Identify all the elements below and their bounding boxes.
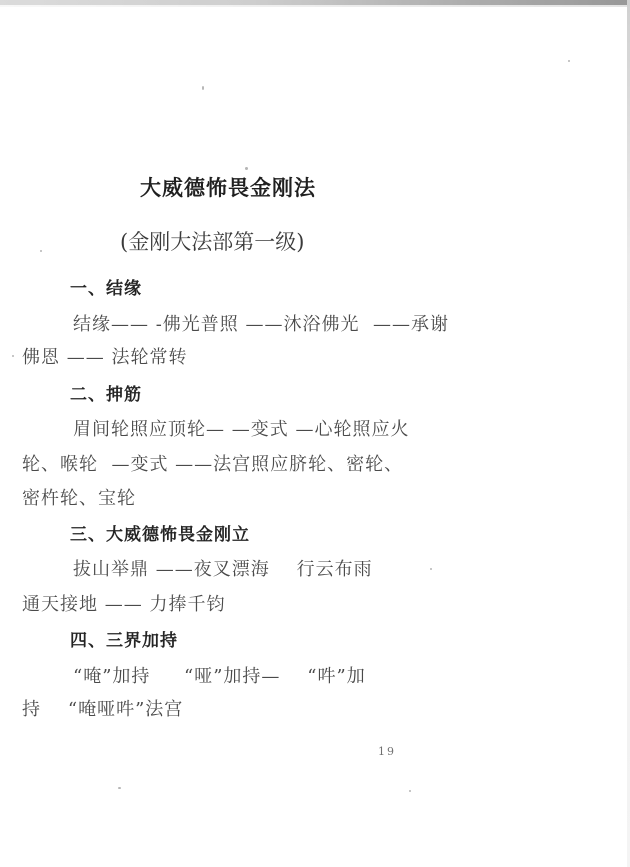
scan-border-top bbox=[0, 0, 630, 5]
scan-speck bbox=[409, 790, 411, 792]
scan-speck bbox=[12, 355, 14, 357]
section-2-line-3: 密杵轮、宝轮 bbox=[22, 484, 136, 510]
scan-speck bbox=[202, 86, 204, 90]
section-heading-2: 二、抻筋 bbox=[70, 380, 142, 405]
section-3-line-1: 拔山举鼎 ——夜叉漂海 行云布雨 bbox=[73, 555, 373, 581]
section-3-line-2: 通天接地 —— 力捧千钧 bbox=[22, 590, 225, 616]
document-title: 大威德怖畏金刚法 bbox=[140, 172, 316, 202]
page-number: 19 bbox=[378, 745, 396, 758]
scan-speck bbox=[118, 787, 121, 789]
document-subtitle: (金刚大法部第一级) bbox=[120, 226, 304, 256]
scan-speck bbox=[40, 250, 42, 252]
section-2-line-1: 眉间轮照应顶轮— —变式 —心轮照应火 bbox=[73, 415, 409, 441]
section-heading-1: 一、结缘 bbox=[70, 274, 142, 299]
section-1-line-2: 佛恩 —— 法轮常转 bbox=[22, 343, 187, 369]
section-4-line-2: 持 “唵哑吽”法宫 bbox=[22, 695, 183, 721]
scan-speck bbox=[568, 60, 570, 62]
section-4-line-1: “唵”加持 “哑”加持— “吽”加 bbox=[73, 662, 366, 688]
scan-speck bbox=[430, 568, 432, 570]
section-heading-3: 三、大威德怖畏金刚立 bbox=[70, 520, 250, 545]
scanned-page: 大威德怖畏金刚法 (金刚大法部第一级) 一、结缘 结缘—— -佛光普照 ——沐浴… bbox=[0, 0, 630, 867]
section-2-line-2: 轮、喉轮 —变式 ——法宫照应脐轮、密轮、 bbox=[22, 450, 403, 476]
section-heading-4: 四、三界加持 bbox=[70, 626, 178, 651]
section-1-line-1: 结缘—— -佛光普照 ——沐浴佛光 ——承谢 bbox=[73, 310, 449, 336]
scan-speck bbox=[245, 167, 248, 170]
